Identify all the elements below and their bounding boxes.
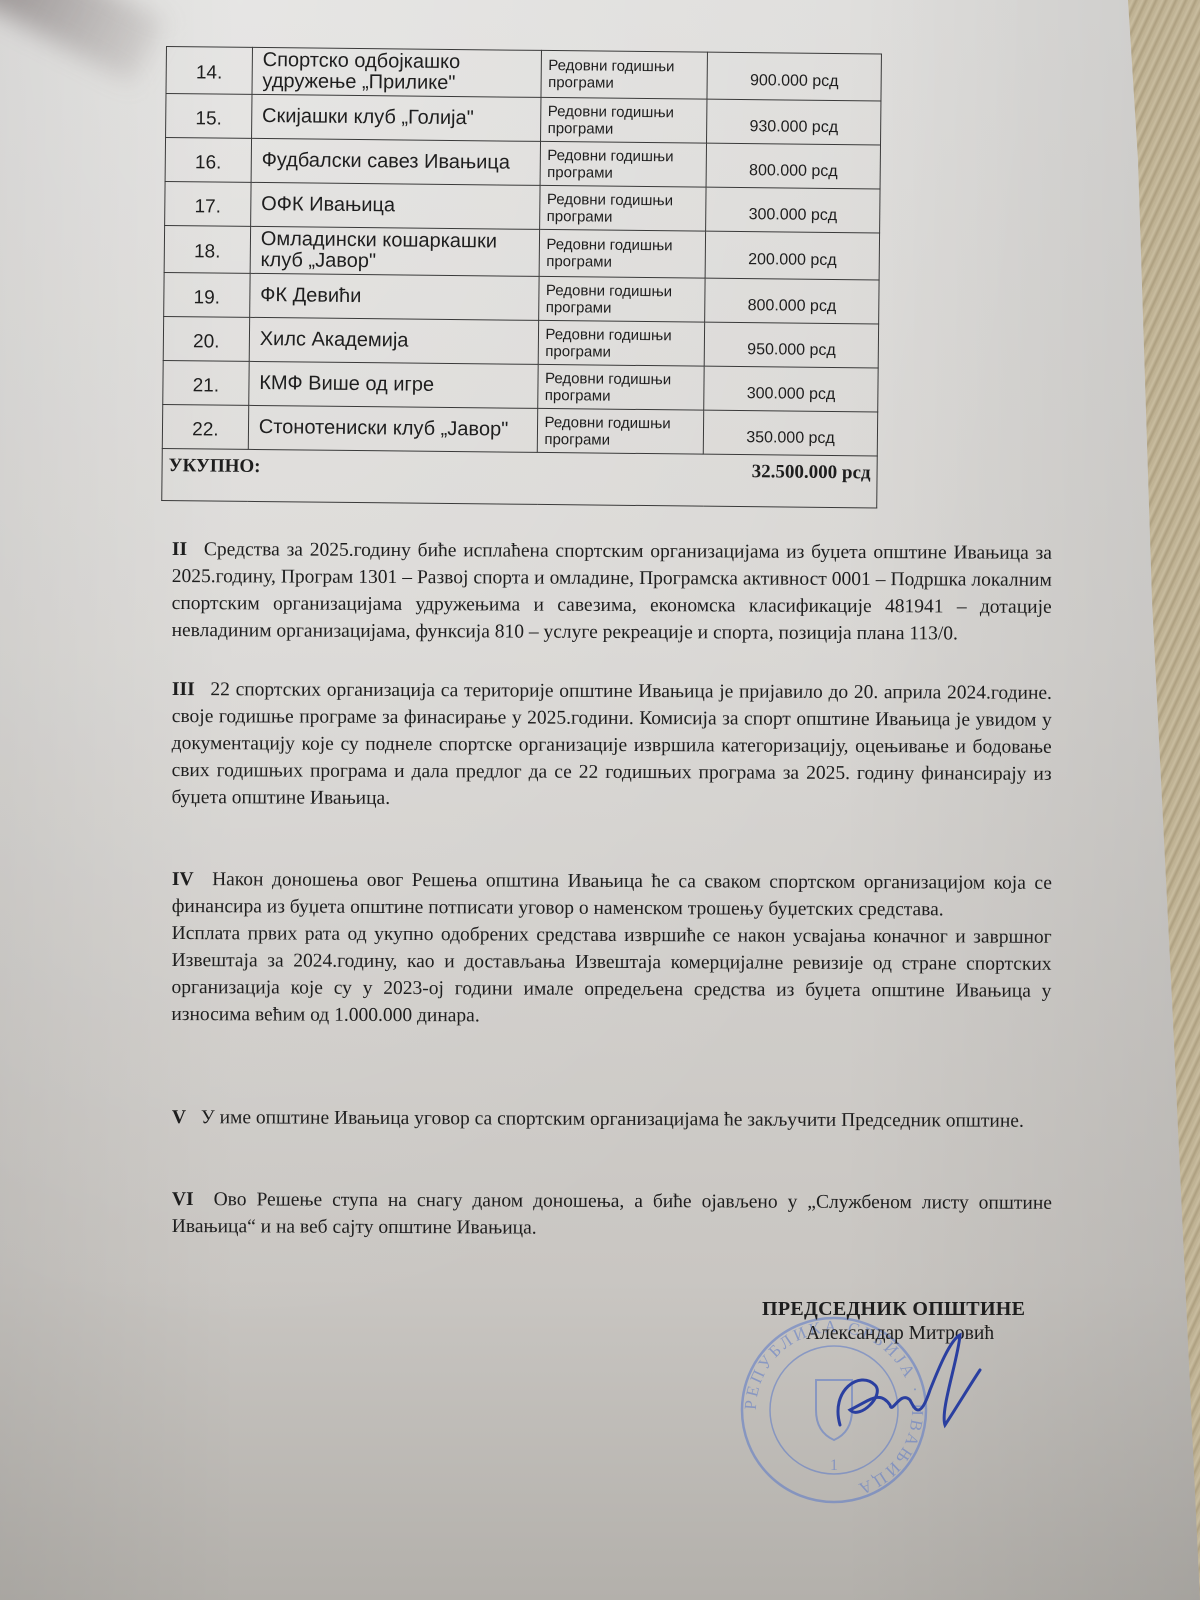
section-iv: IV Након доношења овог Решења општина Ив… xyxy=(171,866,1052,1032)
total-row: УКУПНО:32.500.000 рсд xyxy=(162,448,878,507)
row-number: 15. xyxy=(166,94,252,139)
section-numeral: V xyxy=(172,1107,186,1128)
program-type: Редовни годишњи програми xyxy=(538,364,704,410)
section-numeral: II xyxy=(172,539,187,560)
program-type: Редовни годишњи програми xyxy=(539,320,705,366)
program-type: Редовни годишњи програми xyxy=(540,229,706,278)
section-text: 22 спортских организација са територије … xyxy=(171,679,1052,809)
row-number: 17. xyxy=(165,181,251,226)
funding-amount: 930.000 рсд xyxy=(707,99,881,145)
funding-amount: 300.000 рсд xyxy=(704,366,878,412)
organization-name: Скијашки клуб „Голија" xyxy=(251,94,541,141)
signatory-title: ПРЕДСЕДНИК ОПШТИНЕ xyxy=(762,1298,1082,1321)
section-text: Ово Решење ступа на снагу даном доношења… xyxy=(172,1189,1052,1238)
organization-name: Стонотениски клуб „Јавор" xyxy=(248,405,538,452)
table-row: 19.ФК ДевићиРедовни годишњи програми800.… xyxy=(164,272,879,323)
funding-amount: 900.000 рсд xyxy=(707,52,881,101)
section-numeral: III xyxy=(172,679,195,700)
row-number: 18. xyxy=(164,225,250,273)
row-number: 21. xyxy=(163,360,249,405)
funding-table: 14.Спортско одбојкашко удружење „Прилике… xyxy=(166,46,882,501)
handwritten-signature-icon xyxy=(820,1330,990,1440)
row-number: 20. xyxy=(163,316,249,361)
section-vi: VI Ово Решење ступа на снагу даном донош… xyxy=(172,1186,1052,1244)
funding-amount: 950.000 рсд xyxy=(704,322,878,368)
section-text: У име општине Ивањица уговор са спортски… xyxy=(201,1107,1024,1132)
organization-name: Фудбалски савез Ивањица xyxy=(251,138,541,185)
row-number: 19. xyxy=(164,272,250,317)
program-type: Редовни годишњи програми xyxy=(541,50,707,99)
total-label: УКУПНО: xyxy=(168,455,260,478)
section-text: Средства за 2025.годину биће исплаћена с… xyxy=(172,539,1052,644)
row-number: 16. xyxy=(165,138,251,183)
section-ii: II Средства за 2025.годину биће исплаћен… xyxy=(172,536,1052,648)
table-row: 15.Скијашки клуб „Голија"Редовни годишњи… xyxy=(166,94,881,145)
section-numeral: VI xyxy=(172,1189,194,1210)
program-type: Редовни годишњи програми xyxy=(541,141,707,187)
organization-name: ОФК Ивањица xyxy=(250,182,540,229)
organization-name: Омладински кошаркашки клуб „Јавор" xyxy=(250,226,540,276)
section-iii: III 22 спортских организација са територ… xyxy=(171,676,1052,815)
table-row: 14.Спортско одбојкашко удружење „Прилике… xyxy=(166,47,881,101)
program-type: Редовни годишњи програми xyxy=(539,276,705,322)
funding-amount: 200.000 рсд xyxy=(705,231,879,280)
funding-amount: 300.000 рсд xyxy=(706,187,880,233)
row-number: 14. xyxy=(166,47,252,95)
section-v: V У име општине Ивањица уговор са спортс… xyxy=(172,1104,1052,1135)
organization-name: Хилс Академија xyxy=(249,317,539,364)
section-text-continued: Исплата првих рата од укупно одобрених с… xyxy=(171,920,1051,1032)
total-value: 32.500.000 рсд xyxy=(752,461,871,484)
funding-amount: 350.000 рсд xyxy=(704,410,878,456)
organization-name: ФК Девићи xyxy=(250,273,540,320)
table-row: 21.КМФ Више од игреРедовни годишњи прогр… xyxy=(163,360,878,411)
program-type: Редовни годишњи програми xyxy=(540,185,706,231)
program-type: Редовни годишњи програми xyxy=(538,408,704,454)
svg-text:1: 1 xyxy=(830,1457,838,1474)
funding-amount: 800.000 рсд xyxy=(705,278,879,324)
table-row: 18.Омладински кошаркашки клуб „Јавор"Ред… xyxy=(164,225,879,279)
organization-name: Спортско одбојкашко удружење „Прилике" xyxy=(252,47,542,97)
table-row: 22.Стонотениски клуб „Јавор"Редовни годи… xyxy=(162,404,877,455)
funding-amount: 800.000 рсд xyxy=(706,143,880,189)
row-number: 22. xyxy=(162,404,248,449)
table-row: 17.ОФК ИвањицаРедовни годишњи програми30… xyxy=(165,181,880,232)
program-type: Редовни годишњи програми xyxy=(541,97,707,143)
section-numeral: IV xyxy=(172,869,194,890)
table-row: 16.Фудбалски савез ИвањицаРедовни годишњ… xyxy=(165,138,880,189)
organization-name: КМФ Више од игре xyxy=(249,361,539,408)
table-row: 20.Хилс АкадемијаРедовни годишњи програм… xyxy=(163,316,878,367)
section-text: Након доношења овог Решења општина Ивањи… xyxy=(172,869,1052,920)
